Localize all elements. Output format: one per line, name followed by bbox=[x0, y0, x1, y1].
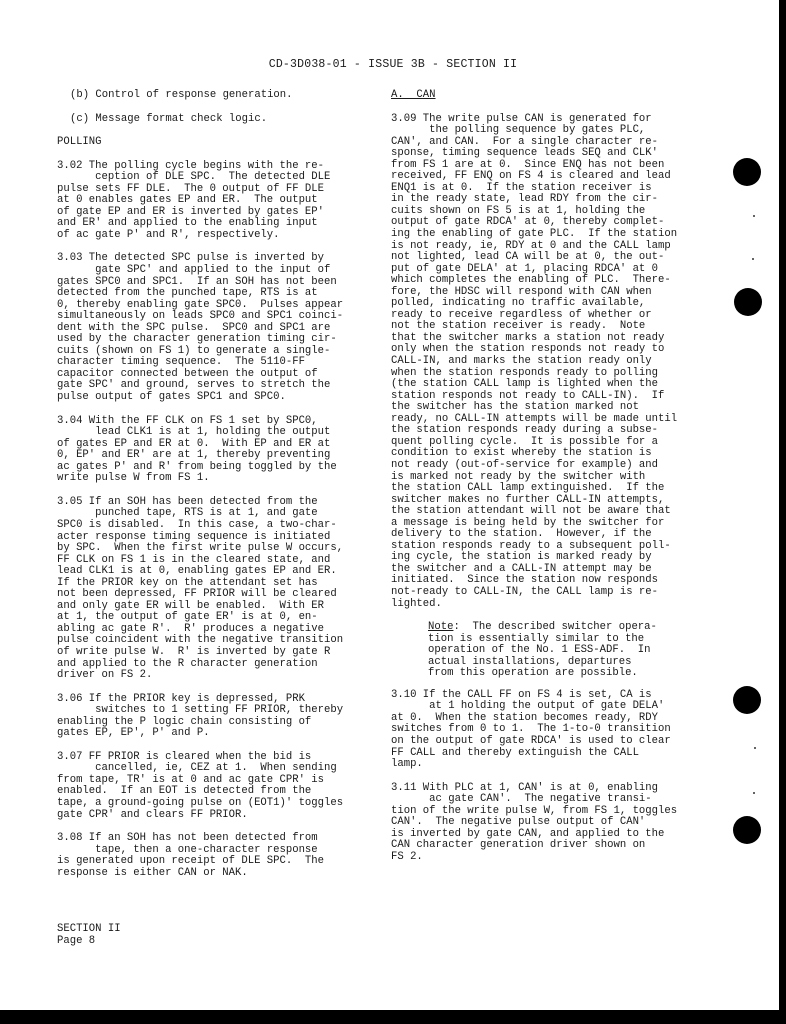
text-line: CAN character generation driver shown on bbox=[391, 840, 731, 852]
punch-hole bbox=[733, 158, 761, 186]
list-item: (b) Control of response generation. bbox=[70, 90, 377, 102]
text-line: the station attendant will not be aware … bbox=[391, 506, 731, 518]
text-line: CALL-IN, and marks the station ready onl… bbox=[391, 356, 731, 368]
punch-hole bbox=[733, 686, 761, 714]
paragraph: 3.06 If the PRIOR key is depressed, PRK … bbox=[57, 694, 377, 740]
text-line: not-ready to CALL-IN, the CALL lamp is r… bbox=[391, 587, 731, 599]
note-text: : The described switcher opera- bbox=[453, 621, 656, 633]
paragraph: 3.05 If an SOH has been detected from th… bbox=[57, 497, 377, 682]
text-line: is generated upon receipt of DLE SPC. Th… bbox=[57, 856, 377, 868]
text-line: detected from the punched tape, RTS is a… bbox=[57, 288, 377, 300]
text-line: write pulse W from FS 1. bbox=[57, 473, 377, 485]
punch-hole bbox=[733, 816, 761, 844]
text-line: not ready (out-of-service for example) a… bbox=[391, 460, 731, 472]
text-line: ing the enabling of gate PLC. If the sta… bbox=[391, 229, 731, 241]
list-item: (c) Message format check logic. bbox=[70, 114, 377, 126]
text-line: ac gate CAN'. The negative transi- bbox=[391, 794, 731, 806]
right-column: A. CAN3.09 The write pulse CAN is genera… bbox=[391, 90, 731, 875]
scan-speck bbox=[754, 747, 756, 749]
text-line: gate SPC' and applied to the input of bbox=[57, 265, 377, 277]
scan-speck bbox=[753, 792, 755, 794]
text-line: lamp. bbox=[391, 759, 731, 771]
text-line: by SPC. When the first write pulse W occ… bbox=[57, 543, 377, 555]
punch-hole bbox=[734, 288, 762, 316]
text-line: driver on FS 2. bbox=[57, 670, 377, 682]
text-line: the station CALL lamp extinguished. If t… bbox=[391, 483, 731, 495]
paragraph: 3.02 The polling cycle begins with the r… bbox=[57, 161, 377, 242]
text-line: SPC0 is disabled. In this case, a two-ch… bbox=[57, 520, 377, 532]
text-line: on the output of gate RDCA' is used to c… bbox=[391, 736, 731, 748]
page-footer: SECTION IIPage 8 bbox=[57, 924, 121, 947]
text-line: FF CALL and thereby extinguish the CALL bbox=[391, 748, 731, 760]
section-heading: POLLING bbox=[57, 137, 377, 149]
note-line: from this operation are possible. bbox=[428, 668, 731, 680]
text-line: ception of DLE SPC. The detected DLE bbox=[57, 172, 377, 184]
text-line: lead CLK1 is at 0, enabling gates EP and… bbox=[57, 566, 377, 578]
text-line: response is either CAN or NAK. bbox=[57, 868, 377, 880]
text-line: lighted. bbox=[391, 599, 731, 611]
document-page: CD-3D038-01 - ISSUE 3B - SECTION II (b) … bbox=[0, 0, 779, 1010]
left-column: (b) Control of response generation.(c) M… bbox=[57, 90, 377, 891]
text-line: sponse, timing sequence leads SEQ and CL… bbox=[391, 148, 731, 160]
paragraph: 3.04 With the FF CLK on FS 1 set by SPC0… bbox=[57, 416, 377, 485]
scan-speck bbox=[752, 258, 754, 260]
paragraph: 3.11 With PLC at 1, CAN' is at 0, enabli… bbox=[391, 783, 731, 864]
text-line: of ac gate P' and R', respectively. bbox=[57, 230, 377, 242]
footer-section: SECTION II bbox=[57, 924, 121, 936]
text-line: 3.08 If an SOH has not been detected fro… bbox=[57, 833, 377, 845]
subsection-heading: A. CAN bbox=[391, 90, 731, 102]
note-label: Note bbox=[428, 621, 453, 633]
paragraph: 3.09 The write pulse CAN is generated fo… bbox=[391, 114, 731, 611]
document-header: CD-3D038-01 - ISSUE 3B - SECTION II bbox=[0, 58, 786, 71]
paragraph: 3.03 The detected SPC pulse is inverted … bbox=[57, 253, 377, 403]
text-line: not lighted, lead CA will be at 0, the o… bbox=[391, 252, 731, 264]
text-line: FS 2. bbox=[391, 852, 731, 864]
text-line: of write pulse W. R' is inverted by gate… bbox=[57, 647, 377, 659]
text-line: tape, a ground-going pulse on (EOT1)' to… bbox=[57, 798, 377, 810]
paragraph: 3.08 If an SOH has not been detected fro… bbox=[57, 833, 377, 879]
text-line: lead CLK1 is at 1, holding the output bbox=[57, 427, 377, 439]
scan-speck bbox=[753, 215, 755, 217]
footer-page-number: Page 8 bbox=[57, 936, 121, 948]
text-line: switches to 1 setting FF PRIOR, thereby bbox=[57, 705, 377, 717]
text-line: the polling sequence by gates PLC, bbox=[391, 125, 731, 137]
note-line: Note: The described switcher opera- bbox=[428, 622, 731, 634]
text-line: pulse output of gates SPC1 and SPC0. bbox=[57, 392, 377, 404]
paragraph: 3.07 FF PRIOR is cleared when the bid is… bbox=[57, 752, 377, 821]
note-line: operation of the No. 1 ESS-ADF. In bbox=[428, 645, 731, 657]
text-line: (the station CALL lamp is lighted when t… bbox=[391, 379, 731, 391]
note-block: Note: The described switcher opera-tion … bbox=[428, 622, 731, 680]
paragraph: 3.10 If the CALL FF on FS 4 is set, CA i… bbox=[391, 690, 731, 771]
text-line: gates EP, EP', P' and P. bbox=[57, 728, 377, 740]
text-line: gate CPR' and clears FF PRIOR. bbox=[57, 810, 377, 822]
